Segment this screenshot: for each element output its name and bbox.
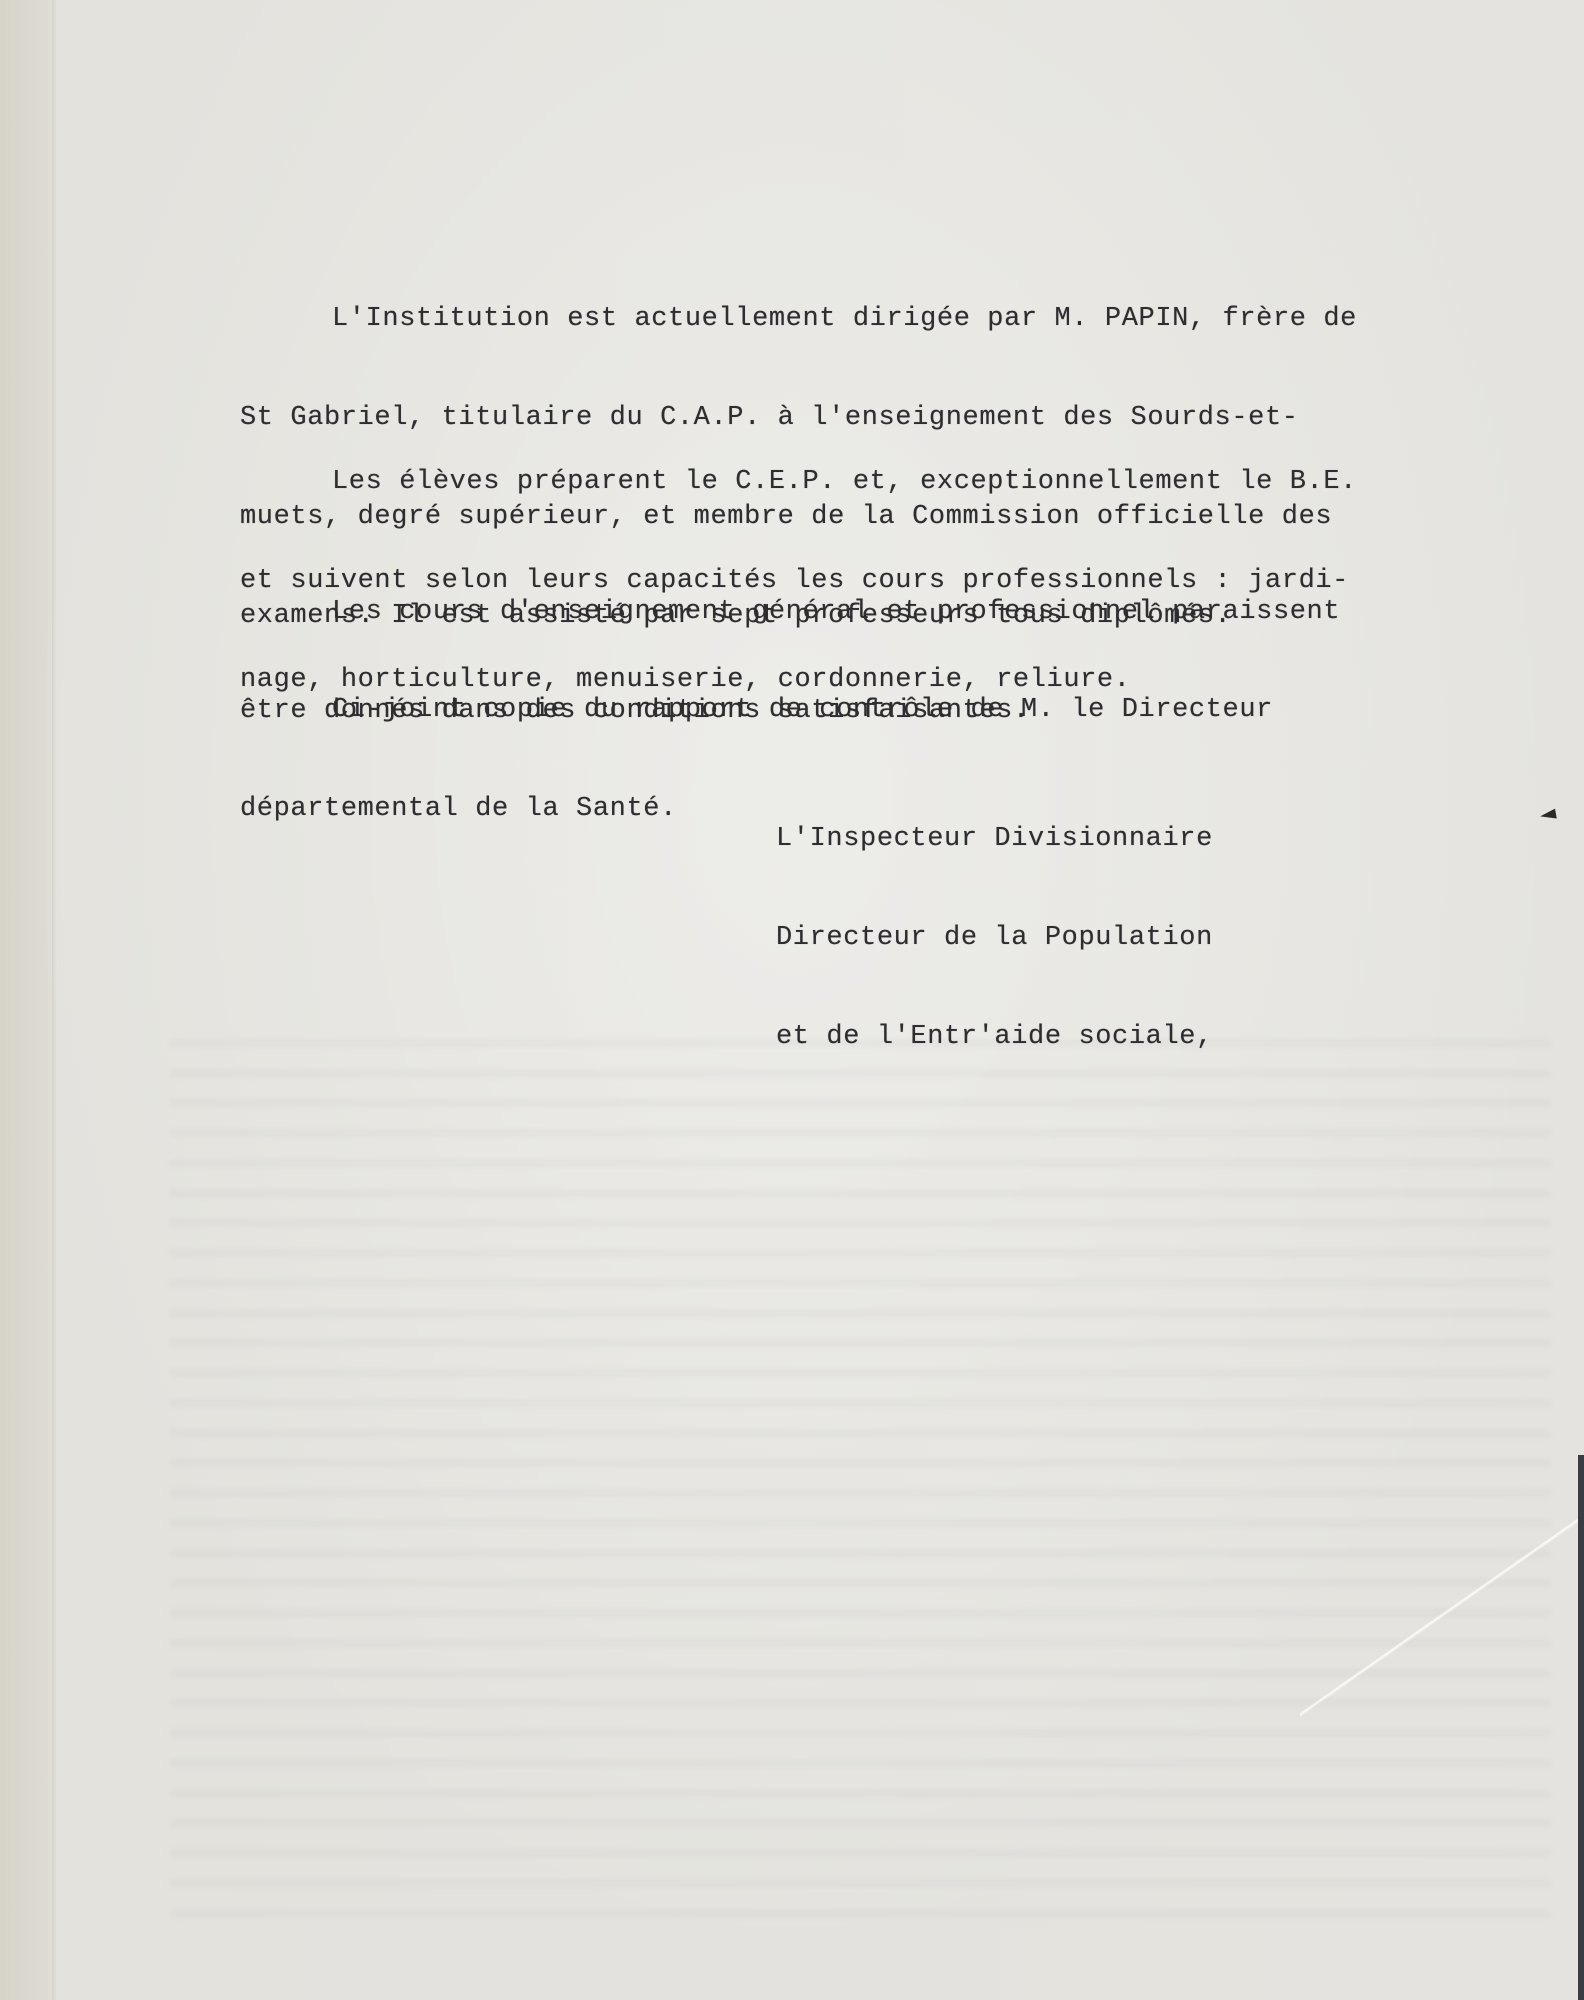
- signature-line: L'Inspecteur Divisionnaire: [776, 823, 1213, 856]
- paper-fold: [52, 0, 58, 2000]
- text-line: Les élèves préparent le C.E.P. et, excep…: [240, 466, 1357, 499]
- signature-block: L'Inspecteur Divisionnaire Directeur de …: [776, 757, 1213, 1120]
- text-line: L'Institution est actuellement dirigée p…: [240, 303, 1357, 336]
- ink-mark: [1539, 809, 1556, 822]
- text-line: Les cours d'enseignement général et prof…: [240, 596, 1340, 629]
- paper-page: L'Institution est actuellement dirigée p…: [0, 0, 1584, 2000]
- corner-crease: [1300, 1450, 1584, 1780]
- signature-line: et de l'Entr'aide sociale,: [776, 1021, 1213, 1054]
- signature-line: Directeur de la Population: [776, 922, 1213, 955]
- background-edge: [1578, 1455, 1584, 2000]
- text-line: Ci-joint copie du rapport de contrôle de…: [240, 694, 1273, 727]
